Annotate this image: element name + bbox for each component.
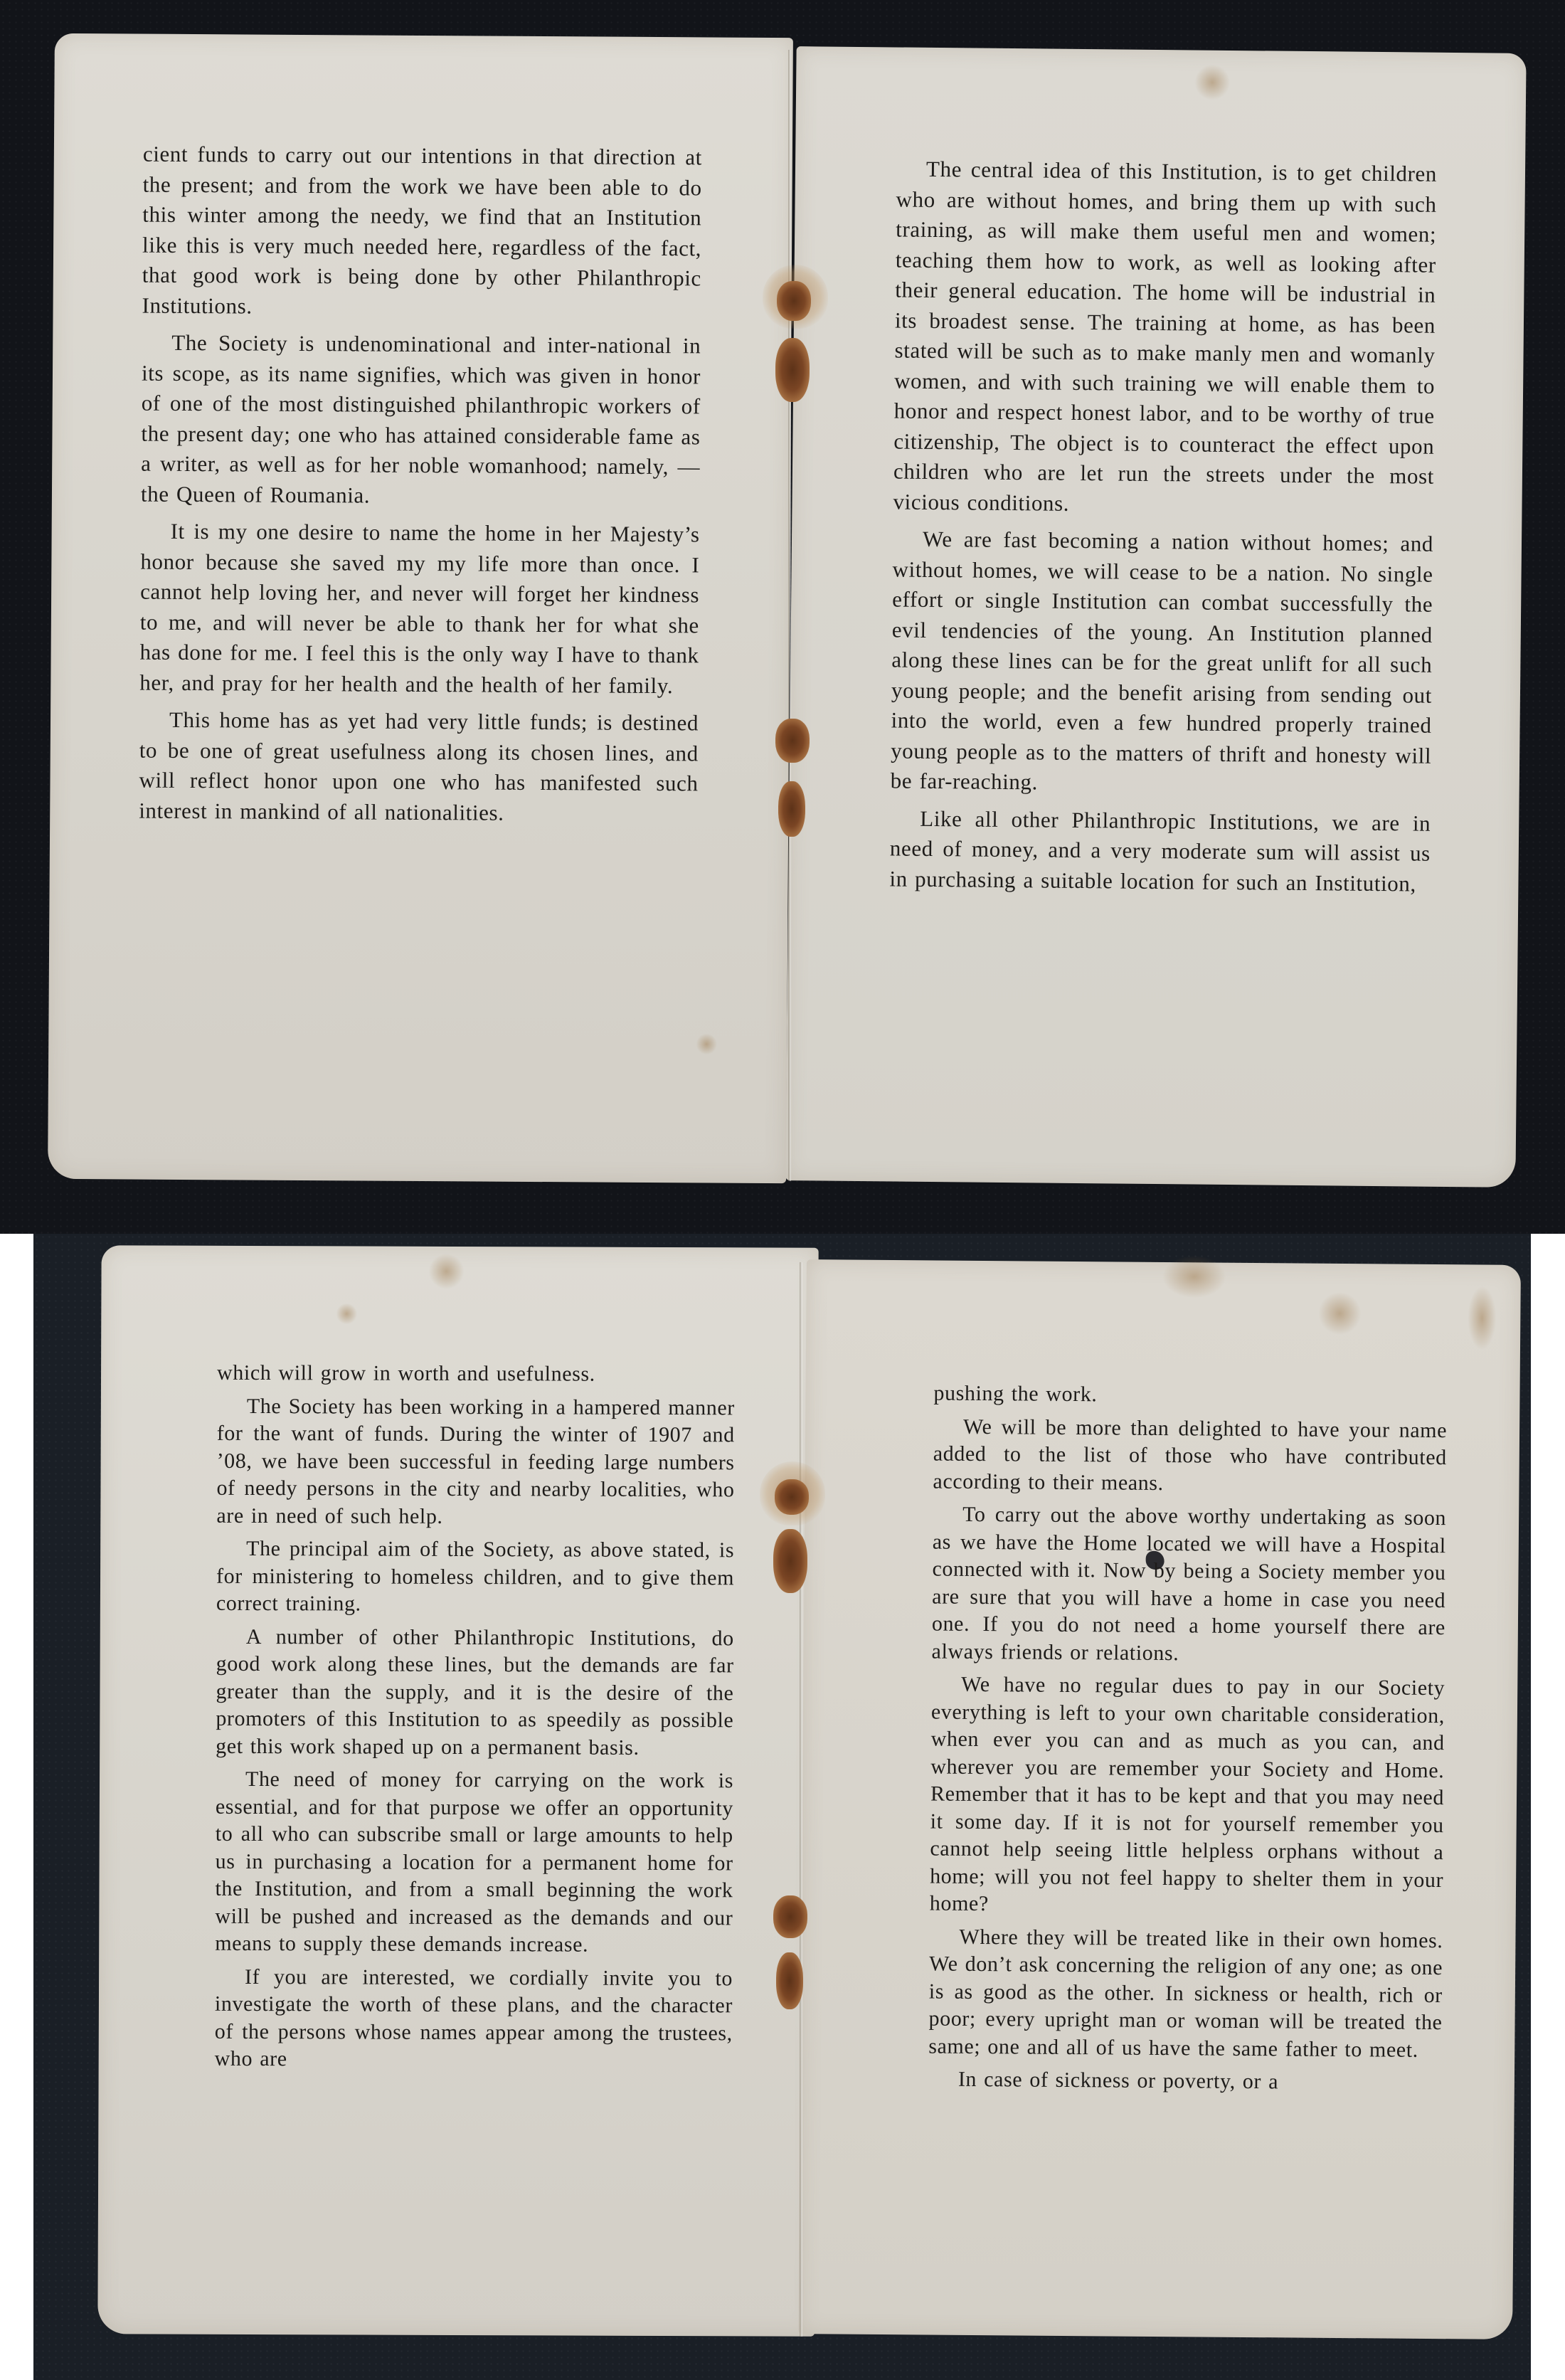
rusted-staple-icon [777, 281, 811, 321]
rusted-staple-icon [775, 719, 810, 763]
rusted-staple-icon [776, 1952, 803, 2009]
stain [1194, 64, 1230, 100]
rusted-staple-icon [775, 1479, 809, 1515]
paragraph: which will grow in worth and usefulness. [217, 1360, 735, 1389]
stain [1468, 1286, 1497, 1350]
paragraph: The Society is undenominational and in­t… [141, 328, 701, 513]
paragraph: cient funds to carry out our intentions … [142, 139, 702, 324]
rusted-staple-icon [778, 781, 805, 837]
paragraph: pushing the work. [933, 1380, 1447, 1411]
paragraph: This home has as yet had very little fun… [139, 705, 699, 830]
paragraph: Like all other Philanthropic Institution… [889, 803, 1431, 899]
rusted-staple-icon [775, 338, 810, 402]
paragraph: To carry out the above worthy undertak­i… [931, 1501, 1446, 1669]
book-spine [788, 50, 791, 1181]
page-text: The central idea of this Institution, is… [889, 154, 1437, 906]
stain [696, 1033, 717, 1054]
paragraph: A number of other Philanthropic Insti­tu… [216, 1623, 734, 1762]
book-spine [800, 1262, 802, 2337]
paragraph: In case of sickness or poverty, or a [928, 2066, 1442, 2097]
rusted-staple-icon [773, 1895, 807, 1938]
paragraph: The need of money for carrying on the wo… [215, 1766, 733, 1959]
paragraph: Where they will be treated like in their… [928, 1923, 1443, 2064]
page-text: which will grow in worth and usefulness.… [215, 1360, 736, 2080]
stain [1318, 1292, 1361, 1335]
paragraph: We are fast becoming a nation without ho… [891, 524, 1434, 801]
page-right-top: The central idea of this Institution, is… [785, 46, 1526, 1188]
stain [336, 1303, 357, 1324]
paragraph: The Society has been working in a ham­pe… [216, 1392, 735, 1531]
paragraph: It is my one desire to name the home in … [139, 517, 700, 702]
page-text: cient funds to carry out our intentions … [139, 139, 702, 837]
page-right-bottom: pushing the work. We will be more than d… [798, 1259, 1521, 2339]
paragraph: We will be more than delighted to have y… [933, 1413, 1447, 1499]
paragraph: If you are interested, we cordially invi… [215, 1963, 733, 2075]
paragraph: The central idea of this Institution, is… [893, 154, 1437, 522]
photo-top-spread: cient funds to carry out our intentions … [0, 0, 1565, 1234]
paragraph: The principal aim of the Society, as abo… [216, 1535, 734, 1619]
page-left-top: cient funds to carry out our intentions … [48, 33, 793, 1183]
rusted-staple-icon [773, 1529, 807, 1593]
photo-bottom-spread: which will grow in worth and usefulness.… [33, 1234, 1531, 2380]
page-text: pushing the work. We will be more than d… [928, 1380, 1448, 2103]
page-left-bottom: which will grow in worth and usefulness.… [97, 1245, 818, 2337]
paragraph: We have no regular dues to pay in our So… [930, 1671, 1445, 1921]
stain [428, 1254, 464, 1289]
stain [1162, 1255, 1226, 1299]
